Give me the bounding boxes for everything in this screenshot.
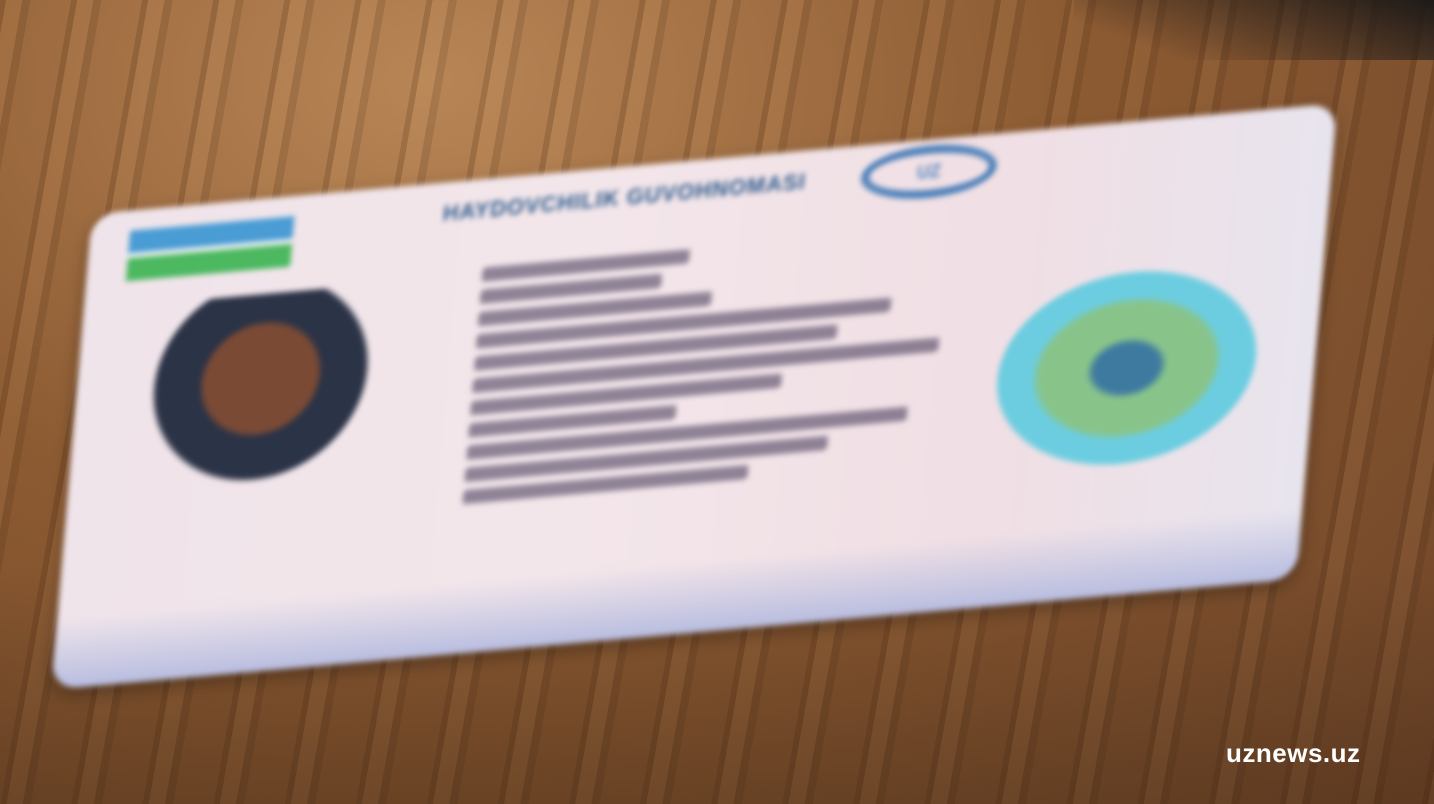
uz-logo-icon: UZ	[859, 139, 999, 204]
dark-object	[1074, 0, 1434, 60]
card-title: HAYDOVCHILIK GUVOHNOMASI	[442, 169, 807, 228]
portrait-photo	[115, 282, 402, 518]
flag-icon	[126, 216, 295, 281]
hologram-seal-icon	[989, 260, 1265, 475]
watermark: uznews.uz	[1226, 738, 1361, 769]
blurred-text-fields	[462, 214, 1002, 513]
